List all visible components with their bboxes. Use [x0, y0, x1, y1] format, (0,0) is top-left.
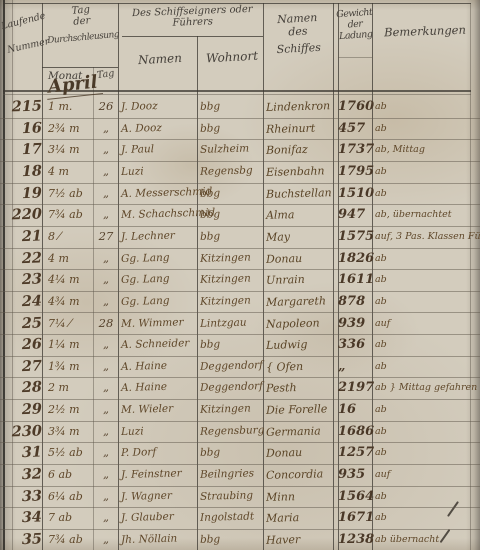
cell-laufende-nummer: 22 — [6, 247, 43, 269]
cell-uhrzeit: 4¾ m — [48, 291, 94, 312]
column-header-namen-des-schiffes: Namen des Schiffes — [262, 10, 334, 57]
cell-gewicht: 935 — [338, 464, 372, 485]
cell-bemerkung: ab — [375, 356, 472, 377]
cell-laufende-nummer: 230 — [6, 420, 43, 442]
cell-gewicht: 878 — [338, 291, 372, 312]
cell-laufende-nummer: 34 — [6, 507, 43, 529]
cell-wohnort: Regensbg — [200, 160, 265, 183]
cell-schiffsname: Eisenbahn — [266, 160, 335, 183]
cell-wohnort: Deggendorf — [200, 377, 265, 400]
cell-eigner-name: A. Messerschmid — [121, 182, 200, 205]
cell-uhrzeit: 8 ⁄ — [48, 226, 94, 247]
cell-gewicht: 16 — [338, 399, 372, 420]
cell-wohnort: bbg — [200, 182, 265, 205]
cell-bemerkung: auf, 3 Pas. Klassen Fürt — [375, 226, 472, 247]
cell-bemerkung: ab — [375, 442, 472, 463]
table-row: 220 7¾ ab „ M. Schachschmid bbg Alma 947… — [0, 204, 480, 227]
cell-schiffsname: Donau — [266, 247, 335, 270]
subheader-namen: Namen — [138, 51, 183, 67]
table-row: 230 3¾ m „ Luzi Regensburg Germania 1686… — [0, 421, 480, 444]
cell-uhrzeit: 4¼ m — [48, 269, 94, 290]
cell-tag: „ — [95, 269, 117, 290]
cell-tag: 28 — [95, 313, 117, 334]
cell-bemerkung: ab — [375, 183, 472, 204]
cell-gewicht: „ — [338, 356, 372, 377]
cell-schiffsname: Unrain — [266, 268, 335, 291]
cell-bemerkung: ab } Mittag gefahren — [375, 377, 472, 398]
cell-eigner-name: J. Wagner — [121, 485, 200, 508]
cell-bemerkung: ab — [375, 291, 472, 312]
cell-eigner-name: Gg. Lang — [121, 290, 200, 313]
cell-gewicht: 1760 — [338, 96, 372, 117]
cell-eigner-name: Jh. Nöllain — [121, 528, 200, 550]
cell-gewicht: 1238 — [338, 529, 372, 550]
table-row: 22 4 m „ Gg. Lang Kitzingen Donau 1826 a… — [0, 248, 480, 271]
cell-gewicht: 1686 — [338, 421, 372, 442]
cell-wohnort: bbg — [200, 333, 265, 356]
cell-uhrzeit: 2 m — [48, 377, 94, 398]
cell-schiffsname: Buchstellan — [266, 182, 335, 205]
cell-wohnort: bbg — [200, 225, 265, 248]
cell-uhrzeit: 6¼ ab — [48, 486, 94, 507]
table-row: 34 7 ab „ J. Glauber Ingolstadt Maria 16… — [0, 507, 480, 530]
table-row: 18 4 m „ Luzi Regensbg Eisenbahn 1795 ab — [0, 161, 480, 184]
cell-schiffsname: Pesth — [266, 377, 335, 400]
cell-wohnort: Sulzheim — [200, 138, 265, 161]
cell-uhrzeit: 3¾ m — [48, 421, 94, 442]
cell-wohnort: Deggendorf — [200, 355, 265, 378]
table-row: 21 8 ⁄ 27 J. Lechner bbg May 1575 auf, 3… — [0, 226, 480, 249]
cell-eigner-name: A. Dooz — [121, 117, 200, 140]
table-row: 215 1 m. 26 J. Dooz bbg Lindenkron 1760 … — [0, 96, 480, 119]
cell-laufende-nummer: 220 — [6, 204, 43, 226]
column-header-schiffseigner: Des Schiffseigners oder Führers — [122, 4, 264, 31]
header-text: Durchschleusung — [43, 29, 124, 46]
cell-laufende-nummer: 29 — [6, 398, 43, 420]
cell-tag: 26 — [95, 96, 117, 117]
cell-gewicht: 1510 — [338, 183, 372, 204]
cell-eigner-name: A. Haine — [121, 355, 200, 378]
cell-wohnort: Kitzingen — [200, 398, 265, 421]
cell-uhrzeit: 5½ ab — [48, 442, 94, 463]
cell-laufende-nummer: 18 — [6, 160, 43, 182]
cell-bemerkung: ab — [375, 421, 472, 442]
cell-gewicht: 457 — [338, 118, 372, 139]
cell-bemerkung: ab — [375, 399, 472, 420]
cell-laufende-nummer: 33 — [6, 485, 43, 507]
cell-gewicht: 1564 — [338, 486, 372, 507]
cell-eigner-name: Gg. Lang — [121, 268, 200, 291]
table-row: 33 6¼ ab „ J. Wagner Straubing Minn 1564… — [0, 486, 480, 509]
cell-tag: „ — [95, 464, 117, 485]
cell-gewicht: 947 — [338, 204, 372, 225]
header-text: Ladung — [336, 29, 375, 43]
table-row: 27 1¾ m „ A. Haine Deggendorf { Ofen „ a… — [0, 356, 480, 379]
cell-wohnort: Straubing — [200, 485, 265, 508]
cell-schiffsname: Concordia — [266, 463, 335, 486]
cell-tag: „ — [95, 356, 117, 377]
cell-eigner-name: P. Dorf — [121, 441, 200, 464]
cell-bemerkung: ab, übernachtet — [375, 204, 472, 225]
table-row: 32 6 ab „ J. Feinstner Beilngries Concor… — [0, 464, 480, 487]
cell-schiffsname: Donau — [266, 442, 335, 465]
cell-schiffsname: Rheinurt — [266, 117, 335, 140]
cell-uhrzeit: 1¼ m — [48, 334, 94, 355]
cell-gewicht: 1671 — [338, 507, 372, 528]
cell-tag: „ — [95, 377, 117, 398]
cell-uhrzeit: 1 m. — [48, 96, 94, 117]
cell-wohnort: Kitzingen — [200, 268, 265, 291]
cell-eigner-name: M. Schachschmid — [121, 203, 200, 226]
cell-laufende-nummer: 17 — [6, 139, 43, 161]
cell-gewicht: 336 — [338, 334, 372, 355]
cell-wohnort: Lintzgau — [200, 312, 265, 335]
cell-bemerkung: ab — [375, 96, 472, 117]
cell-schiffsname: Ludwig — [266, 333, 335, 356]
header-text: Laufende — [0, 12, 41, 32]
cell-laufende-nummer: 215 — [6, 95, 43, 117]
cell-eigner-name: J. Dooz — [121, 95, 200, 118]
subheader-wohnort: Wohnort — [206, 49, 259, 66]
table-row: 35 7¾ ab „ Jh. Nöllain bbg Haver 1238 ab… — [0, 529, 480, 550]
cell-tag: „ — [95, 529, 117, 550]
cell-laufende-nummer: 19 — [6, 182, 43, 204]
cell-bemerkung: ab — [375, 334, 472, 355]
cell-bemerkung: ab — [375, 248, 472, 269]
cell-gewicht: 1611 — [338, 269, 372, 290]
cell-wohnort: Kitzingen — [200, 290, 265, 313]
cell-wohnort: bbg — [200, 95, 265, 118]
cell-tag: „ — [95, 334, 117, 355]
cell-eigner-name: J. Lechner — [121, 225, 200, 248]
cell-schiffsname: { Ofen — [266, 355, 335, 378]
header-text: des — [263, 23, 334, 40]
cell-tag: „ — [95, 118, 117, 139]
cell-bemerkung: ab — [375, 118, 472, 139]
cell-tag: „ — [95, 421, 117, 442]
cell-tag: „ — [95, 399, 117, 420]
cell-bemerkung: ab übernacht — [375, 529, 472, 550]
cell-schiffsname: Minn — [266, 485, 335, 508]
cell-uhrzeit: 4 m — [48, 248, 94, 269]
cell-schiffsname: Napoleon — [266, 312, 335, 335]
cell-uhrzeit: 4 m — [48, 161, 94, 182]
table-row: 24 4¾ m „ Gg. Lang Kitzingen Margareth 8… — [0, 291, 480, 314]
cell-bemerkung: ab — [375, 269, 472, 290]
cell-schiffsname: Margareth — [266, 290, 335, 313]
cell-schiffsname: May — [266, 225, 335, 248]
cell-laufende-nummer: 16 — [6, 117, 43, 139]
cell-eigner-name: J. Paul — [121, 138, 200, 161]
cell-uhrzeit: 7 ab — [48, 507, 94, 528]
cell-wohnort: bbg — [200, 117, 265, 140]
cell-schiffsname: Maria — [266, 506, 335, 529]
cell-eigner-name: J. Feinstner — [121, 463, 200, 486]
cell-eigner-name: M. Wieler — [121, 398, 200, 421]
cell-laufende-nummer: 27 — [6, 355, 43, 377]
cell-wohnort: Beilngries — [200, 463, 265, 486]
cell-uhrzeit: 7¾ ab — [48, 529, 94, 550]
table-row: 31 5½ ab „ P. Dorf bbg Donau 1257 ab — [0, 442, 480, 465]
cell-uhrzeit: 7¾ ab — [48, 204, 94, 225]
table-row: 28 2 m „ A. Haine Deggendorf Pesth 2197 … — [0, 377, 480, 400]
table-row: 25 7¼ ⁄ 28 M. Wimmer Lintzgau Napoleon 9… — [0, 313, 480, 336]
table-row: 16 2¾ m „ A. Dooz bbg Rheinurt 457 ab — [0, 118, 480, 141]
cell-laufende-nummer: 21 — [6, 225, 43, 247]
cell-eigner-name: Luzi — [121, 420, 200, 443]
cell-tag: „ — [95, 204, 117, 225]
cell-laufende-nummer: 31 — [6, 442, 43, 464]
cell-schiffsname: Die Forelle — [266, 398, 335, 421]
cell-laufende-nummer: 32 — [6, 463, 43, 485]
cell-bemerkung: ab — [375, 486, 472, 507]
cell-laufende-nummer: 24 — [6, 290, 43, 312]
cell-schiffsname: Haver — [266, 528, 335, 550]
cell-eigner-name: A. Haine — [121, 376, 200, 399]
cell-schiffsname: Alma — [266, 203, 335, 226]
cell-tag: „ — [95, 507, 117, 528]
cell-eigner-name: J. Glauber — [121, 506, 200, 529]
cell-schiffsname: Germania — [266, 420, 335, 443]
cell-uhrzeit: 2½ m — [48, 399, 94, 420]
cell-schiffsname: Lindenkron — [266, 95, 335, 118]
table-row: 17 3¼ m „ J. Paul Sulzheim Bonifaz 1737 … — [0, 139, 480, 162]
cell-uhrzeit: 2¾ m — [48, 118, 94, 139]
cell-laufende-nummer: 28 — [6, 377, 43, 399]
cell-schiffsname: Bonifaz — [266, 138, 335, 161]
cell-wohnort: bbg — [200, 203, 265, 226]
cell-wohnort: Regensburg — [200, 420, 265, 443]
grid-line — [122, 36, 263, 37]
cell-uhrzeit: 6 ab — [48, 464, 94, 485]
column-header-bemerkungen: Bemerkungen — [380, 22, 470, 39]
cell-eigner-name: Luzi — [121, 160, 200, 183]
header-text: Schiffes — [263, 40, 334, 57]
cell-gewicht: 1795 — [338, 161, 372, 182]
table-row: 29 2½ m „ M. Wieler Kitzingen Die Forell… — [0, 399, 480, 422]
table-row: 23 4¼ m „ Gg. Lang Kitzingen Unrain 1611… — [0, 269, 480, 292]
ledger-page: Laufende Nummer Tag der Durchschleusung … — [0, 0, 480, 550]
cell-bemerkung: ab — [375, 507, 472, 528]
cell-wohnort: Kitzingen — [200, 247, 265, 270]
cell-uhrzeit: 7½ ab — [48, 183, 94, 204]
cell-gewicht: 1826 — [338, 248, 372, 269]
cell-gewicht: 2197 — [338, 377, 372, 398]
cell-gewicht: 1575 — [338, 226, 372, 247]
cell-bemerkung: auf — [375, 313, 472, 334]
cell-eigner-name: M. Wimmer — [121, 311, 200, 334]
cell-bemerkung: auf — [375, 464, 472, 485]
cell-uhrzeit: 3¼ m — [48, 139, 94, 160]
table-row: 19 7½ ab „ A. Messerschmid bbg Buchstell… — [0, 183, 480, 206]
cell-tag: 27 — [95, 226, 117, 247]
cell-tag: „ — [95, 161, 117, 182]
cell-tag: „ — [95, 183, 117, 204]
cell-tag: „ — [95, 139, 117, 160]
cell-laufende-nummer: 26 — [6, 334, 43, 356]
cell-laufende-nummer: 25 — [6, 312, 43, 334]
cell-bemerkung: ab — [375, 161, 472, 182]
table-row: 26 1¼ m „ A. Schneider bbg Ludwig 336 ab — [0, 334, 480, 357]
cell-tag: „ — [95, 291, 117, 312]
cell-uhrzeit: 1¾ m — [48, 356, 94, 377]
cell-gewicht: 939 — [338, 313, 372, 334]
grid-line — [338, 57, 372, 58]
cell-uhrzeit: 7¼ ⁄ — [48, 313, 94, 334]
cell-tag: „ — [95, 486, 117, 507]
cell-gewicht: 1737 — [338, 139, 372, 160]
cell-tag: „ — [95, 442, 117, 463]
column-header-gewicht-der-ladung: Gewicht der Ladung — [335, 7, 375, 43]
cell-eigner-name: Gg. Lang — [121, 247, 200, 270]
cell-gewicht: 1257 — [338, 442, 372, 463]
cell-wohnort: Ingolstadt — [200, 507, 265, 530]
cell-tag: „ — [95, 248, 117, 269]
cell-eigner-name: A. Schneider — [121, 333, 200, 356]
cell-laufende-nummer: 23 — [6, 269, 43, 291]
cell-bemerkung: ab, Mittag — [375, 139, 472, 160]
cell-wohnort: bbg — [200, 528, 265, 550]
cell-laufende-nummer: 35 — [6, 528, 43, 550]
cell-wohnort: bbg — [200, 442, 265, 465]
column-header-tag-der-durchschleusung: Tag der Durchschleusung — [40, 2, 123, 47]
